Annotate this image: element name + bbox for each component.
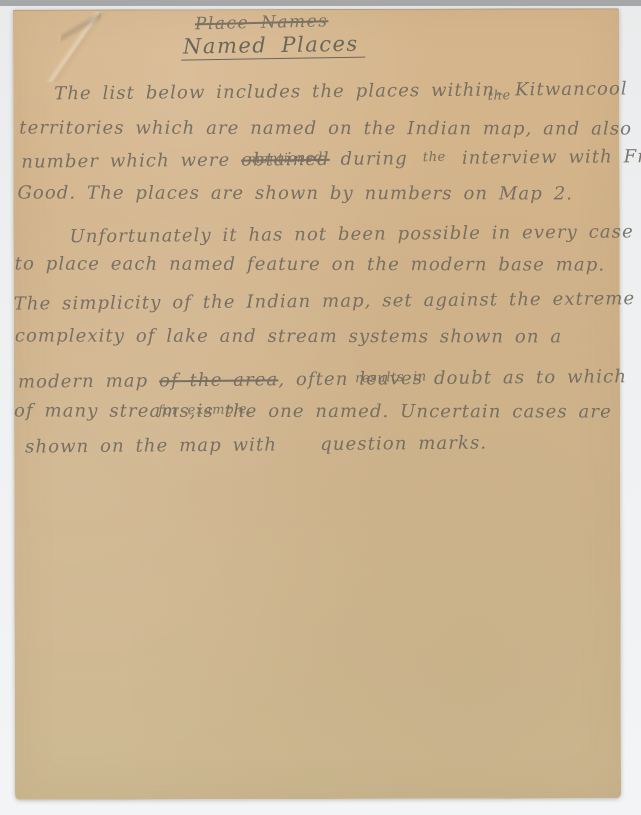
- handwritten-text: The simplicity of the Indian map, set ag…: [14, 288, 636, 314]
- handwritten-text: number which were: [21, 150, 241, 173]
- handwritten-text: Good. The places are shown by numbers on…: [17, 182, 573, 204]
- manuscript-line: The simplicity of the Indian map, set ag…: [14, 282, 612, 321]
- handwritten-text: during: [330, 148, 419, 170]
- manuscript-lines: The list below includes the places withi…: [13, 74, 620, 463]
- inline-insertion: the: [418, 142, 451, 176]
- handwritten-text: modern map: [18, 370, 159, 392]
- manuscript-line: The list below includes the places withi…: [54, 73, 611, 112]
- manuscript-line: complexity of lake and stream systems sh…: [15, 319, 612, 354]
- inline-insertion: results inleaves: [359, 362, 423, 397]
- handwritten-text: doubt as to which: [423, 366, 627, 389]
- handwritten-text: territories which are named on the India…: [19, 117, 641, 139]
- inline-insertion: for example, is: [197, 395, 214, 429]
- handwritten-text: Kitwancool: [504, 78, 628, 100]
- handwritten-text: to place each named feature on the moder…: [15, 253, 606, 275]
- handwritten-text: shown on the map with question marks.: [25, 433, 487, 458]
- handwritten-text: complexity of lake and stream systems sh…: [15, 325, 562, 347]
- inserted-word-above-line: for example,: [158, 403, 252, 417]
- manuscript-line: of many streams,for example, is the one …: [14, 394, 612, 429]
- inserted-word-above-line: mentioned: [248, 151, 324, 166]
- inserted-word-above-line: the: [488, 89, 511, 103]
- manuscript-line: number which were mentionedobtained duri…: [21, 140, 611, 179]
- manuscript-line: shown on the map with question marks.: [25, 425, 612, 464]
- manuscript-page: Place Names Named Places The list below …: [13, 8, 621, 800]
- inline-insertion: the^: [495, 73, 505, 114]
- handwritten-text: interview with Fred: [451, 146, 641, 169]
- scan-background: Place Names Named Places The list below …: [0, 0, 641, 815]
- handwritten-text: The list below includes the places withi…: [54, 80, 495, 105]
- inserted-word-above-line: the: [423, 150, 446, 164]
- inline-insertion: mentionedobtained: [241, 143, 330, 178]
- handwritten-text: Unfortunately it has not been possible i…: [69, 221, 633, 247]
- manuscript-line: Good. The places are shown by numbers on…: [17, 176, 611, 211]
- scan-edge-strip: [0, 0, 641, 6]
- handwritten-text: , often: [278, 369, 359, 391]
- manuscript-line: to place each named feature on the moder…: [15, 247, 612, 282]
- inserted-word-above-line: results in: [355, 370, 427, 385]
- handwritten-text: the one named. Uncertain cases are: [214, 401, 612, 423]
- heading-block: Place Names Named Places: [13, 8, 619, 60]
- heading-struck-out-text: Place Names: [195, 11, 329, 34]
- struck-out-text: of the area: [159, 369, 278, 391]
- page-title: Named Places: [181, 32, 365, 61]
